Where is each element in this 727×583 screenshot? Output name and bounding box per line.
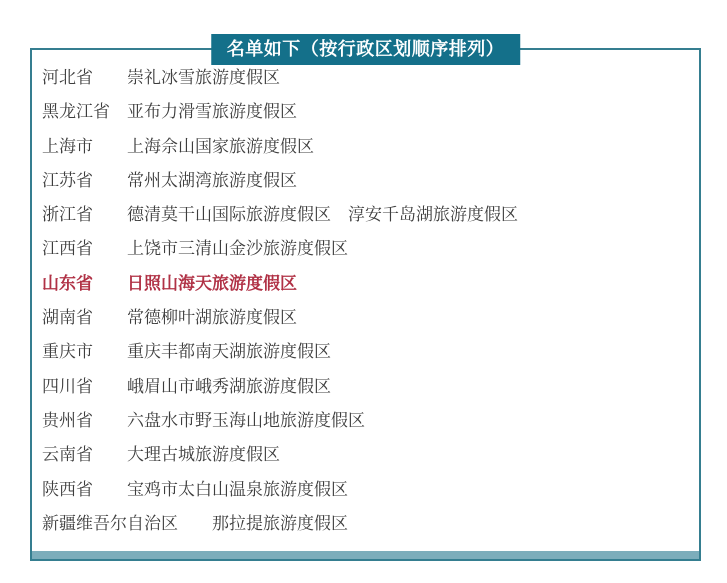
- province-label: 贵州省: [42, 411, 93, 430]
- list-item: 重庆市 重庆丰都南天湖旅游度假区: [42, 335, 689, 369]
- province-label: 山东省: [42, 274, 93, 293]
- province-label: 浙江省: [42, 205, 93, 224]
- list-item: 山东省 日照山海天旅游度假区: [42, 267, 689, 301]
- resort-name: 淳安千岛湖旅游度假区: [348, 205, 518, 224]
- list-item: 河北省 崇礼冰雪旅游度假区: [42, 61, 689, 95]
- resort-name: 上海佘山国家旅游度假区: [127, 137, 314, 156]
- province-label: 上海市: [42, 137, 93, 156]
- resort-name: 大理古城旅游度假区: [127, 445, 280, 464]
- resort-name: 日照山海天旅游度假区: [127, 274, 297, 293]
- list-item: 黑龙江省 亚布力滑雪旅游度假区: [42, 95, 689, 129]
- resort-name: 重庆丰都南天湖旅游度假区: [127, 342, 331, 361]
- province-label: 云南省: [42, 445, 93, 464]
- resort-list-panel: 名单如下（按行政区划顺序排列） 河北省 崇礼冰雪旅游度假区黑龙江省 亚布力滑雪旅…: [30, 48, 701, 561]
- list-item: 新疆维吾尔自治区 那拉提旅游度假区: [42, 507, 689, 541]
- province-label: 四川省: [42, 377, 93, 396]
- resort-name: 常州太湖湾旅游度假区: [127, 171, 297, 190]
- resort-name: 上饶市三清山金沙旅游度假区: [127, 239, 348, 258]
- resort-name: 宝鸡市太白山温泉旅游度假区: [127, 480, 348, 499]
- list-item: 陕西省 宝鸡市太白山温泉旅游度假区: [42, 473, 689, 507]
- province-label: 陕西省: [42, 480, 93, 499]
- resort-name: 峨眉山市峨秀湖旅游度假区: [127, 377, 331, 396]
- province-label: 江西省: [42, 239, 93, 258]
- list-item: 上海市 上海佘山国家旅游度假区: [42, 130, 689, 164]
- province-label: 黑龙江省: [42, 102, 110, 121]
- list-item: 贵州省 六盘水市野玉海山地旅游度假区: [42, 404, 689, 438]
- resort-name: 亚布力滑雪旅游度假区: [127, 102, 297, 121]
- list-item: 江苏省 常州太湖湾旅游度假区: [42, 164, 689, 198]
- list-item: 云南省 大理古城旅游度假区: [42, 438, 689, 472]
- province-label: 重庆市: [42, 342, 93, 361]
- list-title-badge: 名单如下（按行政区划顺序排列）: [211, 34, 521, 65]
- resort-name: 六盘水市野玉海山地旅游度假区: [127, 411, 365, 430]
- list-item: 江西省 上饶市三清山金沙旅游度假区: [42, 232, 689, 266]
- province-label: 江苏省: [42, 171, 93, 190]
- list-item: 浙江省 德清莫干山国际旅游度假区 淳安千岛湖旅游度假区: [42, 198, 689, 232]
- panel-bottom-bar: [32, 551, 699, 559]
- resort-name: 那拉提旅游度假区: [212, 514, 348, 533]
- resort-name: 崇礼冰雪旅游度假区: [127, 68, 280, 87]
- province-label: 湖南省: [42, 308, 93, 327]
- list-item: 四川省 峨眉山市峨秀湖旅游度假区: [42, 370, 689, 404]
- list-item: 湖南省 常德柳叶湖旅游度假区: [42, 301, 689, 335]
- resort-name: 常德柳叶湖旅游度假区: [127, 308, 297, 327]
- province-label: 新疆维吾尔自治区: [42, 514, 178, 533]
- resort-name: 德清莫干山国际旅游度假区: [127, 205, 331, 224]
- province-label: 河北省: [42, 68, 93, 87]
- resort-list: 河北省 崇礼冰雪旅游度假区黑龙江省 亚布力滑雪旅游度假区上海市 上海佘山国家旅游…: [32, 50, 699, 541]
